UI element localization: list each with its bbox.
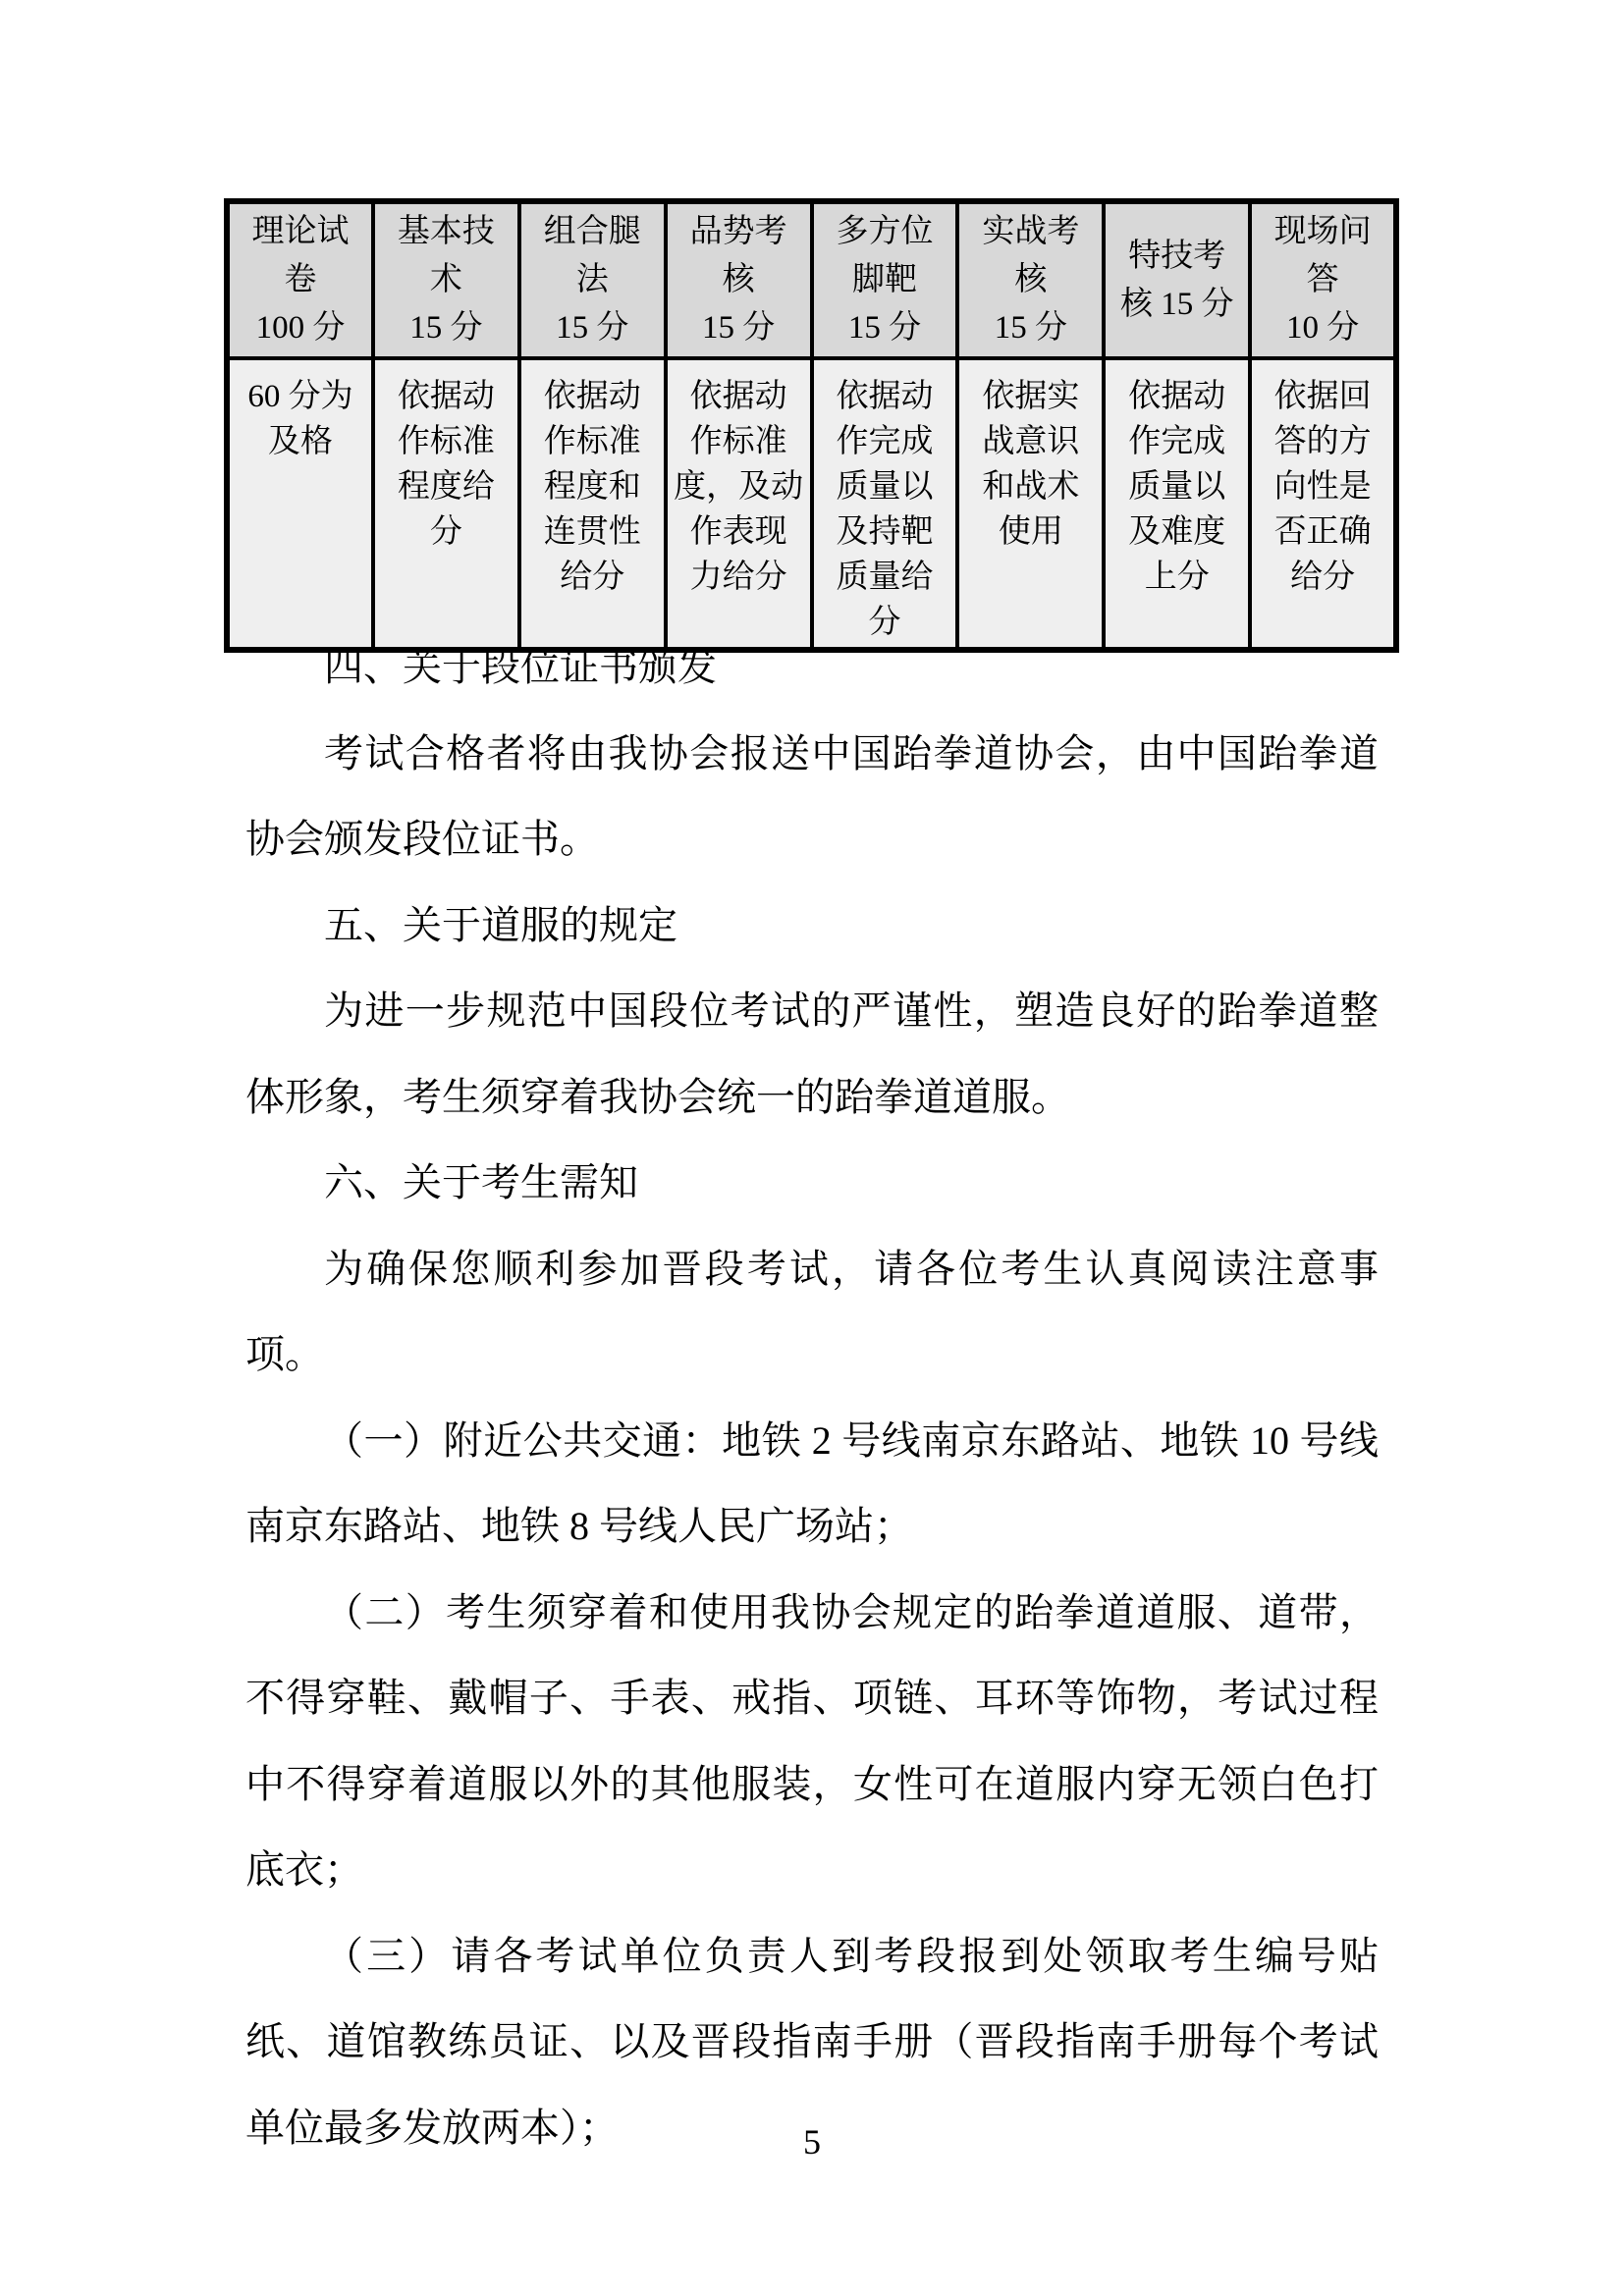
section-6-intro: 为确保您顺利参加晋段考试，请各位考生认真阅读注意事项。 xyxy=(245,1226,1379,1398)
criteria-theory-exam: 60 分为 及格 xyxy=(227,358,373,650)
criteria-multi-target: 依据动 作完成 质量以 及持靶 质量给 分 xyxy=(812,358,958,650)
notice-item-2: （二）考生须穿着和使用我协会规定的跆拳道道服、道带，不得穿鞋、戴帽子、手表、戒指… xyxy=(245,1570,1379,1913)
section-4-heading: 四、关于段位证书颁发 xyxy=(245,624,1379,711)
section-5-body: 为进一步规范中国段位考试的严谨性，塑造良好的跆拳道整体形象，考生须穿着我协会统一… xyxy=(245,968,1379,1140)
score-header-oral-answer: 现场问 答 10 分 xyxy=(1250,201,1396,358)
criteria-basic-technique: 依据动 作标准 程度给 分 xyxy=(373,358,519,650)
section-4-body: 考试合格者将由我协会报送中国跆拳道协会，由中国跆拳道协会颁发段位证书。 xyxy=(245,711,1379,882)
score-header-special-skill: 特技考 核 15 分 xyxy=(1104,201,1250,358)
criteria-special-skill: 依据动 作完成 质量以 及难度 上分 xyxy=(1104,358,1250,650)
score-header-theory-exam: 理论试 卷 100 分 xyxy=(227,201,373,358)
table-row: 60 分为 及格 依据动 作标准 程度给 分 依据动 作标准 程度和 连贯性 给… xyxy=(227,358,1396,650)
section-5-heading: 五、关于道服的规定 xyxy=(245,882,1379,969)
notice-item-1: （一）附近公共交通：地铁 2 号线南京东路站、地铁 10 号线南京东路站、地铁 … xyxy=(245,1398,1379,1570)
table-row: 理论试 卷 100 分 基本技 术 15 分 组合腿 法 15 分 品势考 核 … xyxy=(227,201,1396,358)
page-footer: 5 xyxy=(0,2112,1624,2171)
score-header-multi-target: 多方位 脚靶 15 分 xyxy=(812,201,958,358)
score-table-body: 60 分为 及格 依据动 作标准 程度给 分 依据动 作标准 程度和 连贯性 给… xyxy=(227,358,1396,650)
criteria-poomsae: 依据动 作标准 度，及动 作表现 力给分 xyxy=(666,358,812,650)
score-header-basic-technique: 基本技 术 15 分 xyxy=(373,201,519,358)
score-header-sparring: 实战考 核 15 分 xyxy=(957,201,1104,358)
document-page: 理论试 卷 100 分 基本技 术 15 分 组合腿 法 15 分 品势考 核 … xyxy=(0,0,1624,2296)
criteria-kick-combination: 依据动 作标准 程度和 连贯性 给分 xyxy=(519,358,666,650)
exam-scoring-table: 理论试 卷 100 分 基本技 术 15 分 组合腿 法 15 分 品势考 核 … xyxy=(224,198,1399,653)
criteria-oral-answer: 依据回 答的方 向性是 否正确 给分 xyxy=(1250,358,1396,650)
score-header-kick-combination: 组合腿 法 15 分 xyxy=(519,201,666,358)
score-header-poomsae: 品势考 核 15 分 xyxy=(666,201,812,358)
section-6-heading: 六、关于考生需知 xyxy=(245,1140,1379,1226)
document-body-text: 四、关于段位证书颁发 考试合格者将由我协会报送中国跆拳道协会，由中国跆拳道协会颁… xyxy=(245,624,1379,2170)
score-table-header-row: 理论试 卷 100 分 基本技 术 15 分 组合腿 法 15 分 品势考 核 … xyxy=(227,201,1396,358)
page-number: 5 xyxy=(803,2122,821,2162)
criteria-sparring: 依据实 战意识 和战术 使用 xyxy=(957,358,1104,650)
